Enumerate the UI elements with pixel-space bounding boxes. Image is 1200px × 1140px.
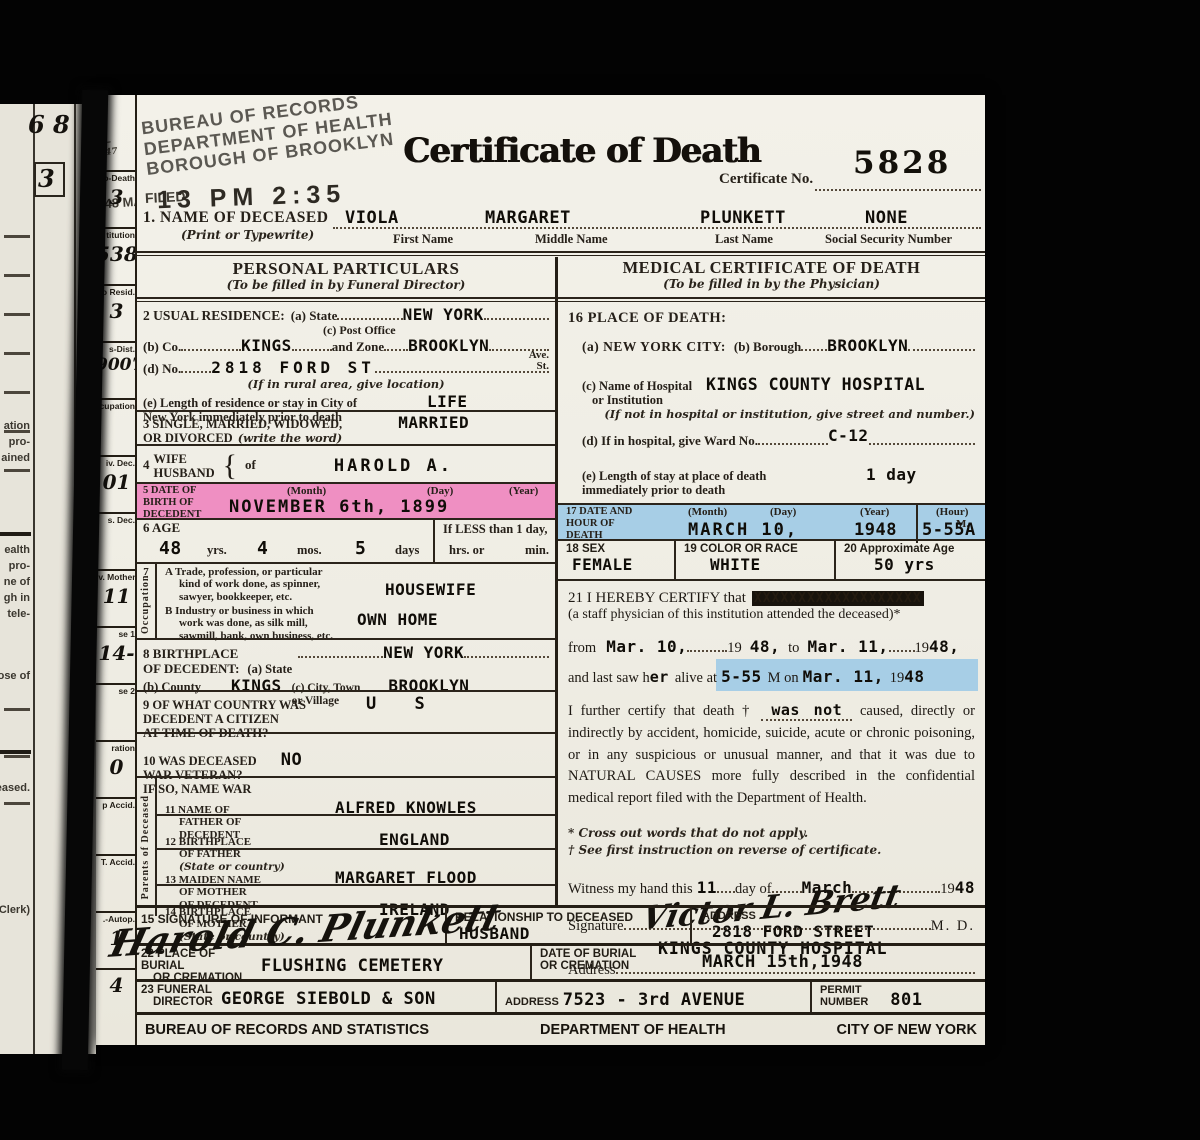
leader: [869, 429, 975, 445]
lbl-birth-2: BIRTH OF: [143, 497, 201, 509]
lbl-age: 6 AGE: [143, 521, 180, 536]
certify-redacted: XXXXXXXXXXXXXXXXXXX: [752, 591, 924, 606]
sex-value: FEMALE: [572, 555, 674, 574]
leader: [484, 304, 549, 320]
pp-subtitle: (To be filled in by Funeral Director): [137, 278, 555, 292]
footer-right: CITY OF NEW YORK: [837, 1022, 977, 1038]
lbl-borough: (b) Borough: [734, 340, 801, 355]
lbl-husband: HUSBAND: [154, 466, 215, 480]
lbl-mother-1: 13 MAIDEN NAME: [165, 874, 295, 886]
leader: [384, 335, 408, 351]
permit-label-2: NUMBER: [820, 996, 868, 1008]
lbl-nyc: (a) NEW YORK CITY:: [582, 339, 726, 354]
bleed-fragment: ealth: [4, 544, 30, 556]
bleed-fragment: pro-: [9, 436, 30, 448]
cell-approx-age: 20 Approximate Age 50 yrs: [836, 541, 985, 579]
lbl-bp-2: OF DECEDENT:: [143, 662, 239, 677]
lbl-marital-2: OR DIVORCED: [143, 431, 233, 445]
father-name: ALFRED KNOWLES: [335, 798, 477, 817]
cell-sex: 18 SEX FEMALE: [558, 541, 676, 579]
lbl-bp-1: 8 BIRTHPLACE: [143, 647, 292, 662]
mc-title: MEDICAL CERTIFICATE OF DEATH: [568, 259, 975, 277]
lbl-less-than: If LESS than 1 day,: [443, 522, 548, 536]
margin-box-value: 0: [96, 753, 137, 781]
margin-box: se 2: [96, 683, 137, 740]
margin-box-label: se 2: [96, 685, 137, 696]
permit-number: 801: [890, 990, 922, 1012]
certificate-main: BUREAU OF RECORDS DEPARTMENT OF HEALTH B…: [137, 95, 985, 1045]
from-19: 19: [727, 640, 742, 657]
lbl-year: (Year): [509, 485, 538, 497]
lbl-death-1: 17 DATE AND: [566, 506, 632, 518]
margin-box-value: 4: [96, 971, 137, 999]
age-divider: [433, 520, 435, 562]
bleed-fragment: eased.: [0, 782, 30, 794]
cell-permit: PERMIT NUMBER 801: [810, 982, 985, 1012]
spouse-num: 4: [143, 458, 150, 473]
to-word: to: [788, 640, 799, 657]
lbl-cit-2: DECEDENT A CITIZEN: [143, 712, 306, 726]
residence-state: NEW YORK: [403, 305, 484, 324]
bleed-fragment: ne of: [4, 576, 30, 588]
lbl-occ-a3: sawyer, bookkeeper, etc.: [179, 591, 551, 603]
underpage-bar: [0, 750, 31, 754]
leader: [181, 335, 241, 351]
age-days: 5: [355, 538, 366, 559]
name-row-label: 1. NAME OF DECEASED: [143, 209, 328, 226]
saw-yy: 48: [904, 667, 924, 686]
margin-box-label: cupation: [96, 400, 137, 411]
leader: [889, 636, 915, 652]
race-value: WHITE: [710, 555, 834, 574]
margin-box: iv. Mother11: [96, 569, 137, 626]
citizen-value: U S: [366, 694, 439, 714]
row-citizen: 9 OF WHAT COUNTRY WAS DECEDENT A CITIZEN…: [137, 690, 555, 732]
footer-center: DEPARTMENT OF HEALTH: [540, 1022, 726, 1038]
margin-box-label: p Accid.: [96, 799, 137, 810]
underpage-rule: [33, 104, 35, 1054]
lbl-ward: (d) If in hospital, give Ward No.: [582, 434, 758, 449]
bleed-fragment: ained: [1, 452, 30, 464]
mc-subtitle: (To be filled in by the Physician): [568, 277, 975, 291]
leader: [298, 642, 383, 658]
ward-value: C-12: [828, 426, 869, 445]
funeral-director-name: GEORGE SIEBOLD & SON: [221, 989, 436, 1012]
margin-box-value: 11: [96, 582, 137, 610]
margin-handwriting: 3: [34, 162, 65, 197]
caption-ssn: Social Security Number: [825, 232, 952, 246]
lbl-days: days: [395, 543, 419, 557]
lbl-death-2: HOUR OF: [566, 518, 632, 530]
margin-handwriting: 6 8: [28, 110, 70, 139]
lbl-death-3: DEATH: [566, 530, 632, 542]
bleed-fragment: ose of: [0, 670, 30, 682]
age-years: 48: [159, 538, 182, 559]
name-row-sublabel: (Print or Typewrite): [181, 228, 314, 242]
marital-status: MARRIED: [398, 413, 469, 432]
lbl-month: (Month): [287, 485, 326, 497]
leader: [687, 636, 727, 652]
bottom-rows: 15 SIGNATURE OF INFORMANT Harold C. Plun…: [137, 905, 985, 1038]
margin-box-value: 14-: [96, 639, 137, 667]
lbl-cit-1: 9 OF WHAT COUNTRY WAS: [143, 698, 306, 712]
informant-address: 2818 FORD STREET: [712, 922, 985, 941]
margin-box: p Accid.: [96, 797, 137, 854]
residence-zone: BROOKLYN: [408, 336, 489, 355]
birthplace-state: NEW YORK: [383, 643, 464, 662]
row-age: 6 AGE If LESS than 1 day, 48 yrs. 4 mos.…: [137, 520, 555, 562]
from-word: from: [568, 640, 596, 657]
deceased-middle-name: MARGARET: [485, 208, 571, 228]
occupation-side-label: Occupation: [140, 578, 151, 634]
row-funeral: 23 FUNERAL DIRECTOR GEORGE SIEBOLD & SON…: [137, 979, 985, 1015]
permit-label-1: PERMIT: [820, 984, 868, 996]
saw-lead: and last saw h: [568, 670, 650, 687]
stay-value: 1 day: [866, 465, 917, 484]
lbl-day: (Day): [427, 485, 453, 497]
saw-date: Mar. 11,: [803, 667, 884, 686]
margin-box: T. Accid.: [96, 854, 137, 911]
to-yy: 48,: [929, 637, 959, 656]
margin-box: ration0: [96, 740, 137, 797]
row-father: 11 NAME OF FATHER OF DECEDENT ALFRED KNO…: [157, 778, 555, 814]
leader: [375, 357, 549, 373]
spouse-name: HAROLD A.: [334, 456, 453, 476]
margin-box-label: ration: [96, 742, 137, 753]
funeral-address: 7523 - 3rd AVENUE: [563, 990, 746, 1010]
parents-side-label: Parents of Deceased: [140, 795, 151, 899]
underpage-bar: [0, 532, 31, 536]
row-certify: 21 I HEREBY CERTIFY that XXXXXXXXXXXXXXX…: [568, 581, 975, 687]
burial-date-label-2: OR CREMATION: [540, 960, 690, 972]
note-rural: (If in rural area, give location): [143, 377, 549, 391]
cert-no-label: Certificate No.: [719, 171, 813, 188]
underpage-dashes: [4, 664, 30, 824]
cert-no-value: 5828: [853, 145, 951, 181]
occupation-value: HOUSEWIFE: [385, 580, 476, 599]
row-marital: 3 SINGLE, MARRIED, WIDOWED, OR DIVORCED …: [137, 410, 555, 444]
certificate-title: Certificate of Death: [403, 131, 760, 171]
lbl-birth-3: DECEDENT: [143, 509, 201, 521]
saw-19: 19: [890, 670, 905, 687]
funeral-address-label: ADDRESS: [505, 996, 559, 1008]
from-yy: 48,: [750, 637, 780, 656]
deceased-first-name: VIOLA: [345, 208, 399, 228]
lbl-marital-2i: (write the word): [238, 431, 343, 445]
from-date: Mar. 10,: [606, 637, 687, 656]
note-hospital: (If not in hospital or institution, give…: [568, 407, 975, 421]
lbl-co: (b) Co.: [143, 340, 181, 355]
leader: [758, 429, 828, 445]
death-hour: 5-55A: [922, 520, 976, 540]
row-place-of-death: 16 PLACE OF DEATH: (a) NEW YORK CITY: (b…: [568, 302, 975, 497]
margin-box: se 114-: [96, 626, 137, 683]
margin-box-label: T. Accid.: [96, 856, 137, 867]
medical-certificate-column: MEDICAL CERTIFICATE OF DEATH (To be fill…: [558, 257, 985, 905]
informant-address-label: ADDRESS: [702, 910, 985, 922]
footer-left: BUREAU OF RECORDS AND STATISTICS: [145, 1022, 429, 1038]
industry-value: OWN HOME: [357, 610, 438, 629]
row-birth-date: 5 DATE OF BIRTH OF DECEDENT (Month) (Day…: [137, 482, 555, 520]
margin-box-value: 01: [96, 468, 137, 496]
lbl-fbp-1: 12 BIRTHPLACE: [165, 836, 295, 848]
leader: [464, 642, 549, 658]
death-divider: [916, 505, 918, 543]
margin-box-label: iv. Mother: [96, 571, 137, 582]
lbl-length-1: (e) Length of residence or stay in City …: [143, 396, 393, 410]
lbl-mother-2: OF MOTHER: [179, 886, 295, 898]
margin-box: s. Dec.: [96, 512, 137, 569]
lbl-stay-1: (e) Length of stay at place of death: [582, 469, 822, 483]
lbl-stay-2: immediately prior to death: [582, 483, 822, 497]
hospital-value: KINGS COUNTY HOSPITAL: [706, 375, 925, 394]
bleed-fragment: tele-: [7, 608, 30, 620]
burial-place: FLUSHING CEMETERY: [261, 956, 444, 979]
lbl-death-month: (Month): [688, 506, 727, 518]
parents-side: Parents of Deceased: [137, 778, 157, 916]
leader: [801, 335, 827, 351]
lbl-death-year: (Year): [860, 506, 889, 518]
lbl-st: St.: [536, 360, 549, 372]
saw-hour: 5-55: [721, 667, 762, 686]
lbl-fbp-2: OF FATHER: [179, 848, 295, 860]
cert-no-leader: [815, 189, 981, 191]
footer: BUREAU OF RECORDS AND STATISTICS DEPARTM…: [137, 1015, 985, 1038]
lbl-approx-age: 20 Approximate Age: [844, 543, 985, 555]
caption-middle-name: Middle Name: [535, 232, 608, 246]
row-veteran: 10 WAS DECEASED WAR VETERAN? IF SO, NAME…: [137, 732, 555, 776]
caption-first-name: First Name: [393, 232, 453, 246]
lbl-residence: 2 USUAL RESIDENCE:: [143, 308, 285, 323]
borough-value: BROOKLYN: [827, 336, 908, 355]
cell-funeral-director: 23 FUNERAL DIRECTOR GEORGE SIEBOLD & SON: [137, 982, 495, 1012]
lbl-of: of: [245, 458, 256, 473]
burial-date-label-1: DATE OF BURIAL: [540, 948, 690, 960]
certify-lead: 21 I HEREBY CERTIFY that: [568, 590, 746, 607]
margin-box-label: se 1: [96, 628, 137, 639]
footnote-1: * Cross out words that do not apply.: [568, 826, 975, 840]
residence-length: LIFE: [427, 392, 468, 411]
saw-m: M on: [768, 670, 799, 687]
lbl-vet-1: 10 WAS DECEASED: [143, 754, 257, 768]
further-certify-paragraph: I further certify that death † was not c…: [568, 699, 975, 810]
age-months: 4: [257, 538, 268, 559]
header-rule: [137, 251, 985, 256]
saw-er: er: [650, 668, 669, 686]
cell-informant-signature: 15 SIGNATURE OF INFORMANT Harold C. Plun…: [137, 908, 445, 943]
bleed-fragment: (Clerk): [0, 904, 30, 916]
lbl-birth-1: 5 DATE OF: [143, 485, 201, 497]
lbl-marital-1: 3 SINGLE, MARRIED, WIDOWED,: [143, 417, 342, 431]
veteran-value: NO: [281, 750, 302, 770]
row-residence: 2 USUAL RESIDENCE: (a) State NEW YORK (c…: [137, 302, 555, 410]
header-band: BUREAU OF RECORDS DEPARTMENT OF HEALTH B…: [137, 95, 985, 255]
to-19: 19: [915, 640, 930, 657]
book-photo: 6 8 3 ation pro- ained ealth pro- ne of …: [0, 0, 1200, 1140]
mc-header: MEDICAL CERTIFICATE OF DEATH (To be fill…: [568, 257, 975, 297]
death-month-day: MARCH 10,: [688, 520, 798, 540]
lbl-father-1: 11 NAME OF: [165, 804, 295, 816]
pp-header: PERSONAL PARTICULARS (To be filled in by…: [137, 257, 555, 297]
residence-street: 2818 FORD ST: [211, 358, 375, 377]
lbl-hosp-1: (c) Name of Hospital: [582, 379, 700, 393]
lbl-occ-a2: kind of work done, as spinner,: [179, 578, 551, 590]
footnote-2: † See first instruction on reverse of ce…: [568, 843, 975, 857]
lbl-wife: WIFE: [154, 452, 215, 466]
lbl-occ-a1: A Trade, profession, or particular: [165, 566, 551, 578]
deceased-last-name: PLUNKETT: [700, 208, 786, 228]
bleed-fragment: gh in: [4, 592, 30, 604]
lbl-father-2: FATHER OF: [179, 816, 295, 828]
lbl-min: min.: [525, 543, 549, 557]
witness-yy: 48: [955, 878, 975, 897]
row-occupation: 7 Occupation A Trade, profession, or par…: [137, 562, 555, 638]
leader: [337, 304, 402, 320]
margin-box: iv. Dec.01: [96, 455, 137, 512]
bleed-fragment: ation: [4, 420, 30, 432]
pp-title: PERSONAL PARTICULARS: [137, 259, 555, 278]
lbl-no: (d) No.: [143, 362, 181, 377]
burial-date: MARCH 15th,1948: [702, 952, 863, 972]
birth-date-value: NOVEMBER 6th, 1899: [229, 497, 449, 517]
cell-race: 19 COLOR OR RACE WHITE: [676, 541, 836, 579]
lbl-state: (a) State: [291, 309, 338, 324]
margin-box: 4: [96, 968, 137, 1025]
row-sex-race-age: 18 SEX FEMALE 19 COLOR OR RACE WHITE 20 …: [558, 541, 985, 581]
father-birthplace: ENGLAND: [379, 830, 450, 849]
row-birthplace: 8 BIRTHPLACE OF DECEDENT: (a) State NEW …: [137, 638, 555, 690]
bureau-stamp: BUREAU OF RECORDS DEPARTMENT OF HEALTH B…: [140, 88, 396, 180]
spouse-brace: {: [223, 449, 237, 483]
lbl-death-day: (Day): [770, 506, 796, 518]
approx-age-value: 50 yrs: [874, 555, 985, 574]
to-date: Mar. 11,: [807, 637, 888, 656]
personal-particulars-column: PERSONAL PARTICULARS (To be filled in by…: [137, 257, 558, 905]
lbl-fbp-3: (State or country): [179, 861, 295, 873]
lbl-sex: 18 SEX: [566, 543, 674, 555]
margin-box: cupation: [96, 398, 137, 455]
margin-box-label: s. Dec.: [96, 514, 137, 525]
death-certificate-page: TH–1947 1948 MAR o-Death3 titution538 ro…: [96, 95, 985, 1045]
deceased-ssn: NONE: [865, 208, 908, 228]
certify-paren: (a staff physician of this institution a…: [568, 607, 975, 623]
lbl-hrs: hrs. or: [449, 543, 484, 557]
row-spouse: 4 WIFE HUSBAND { of HAROLD A.: [137, 444, 555, 482]
lbl-yrs: yrs.: [207, 543, 227, 557]
was-not: was not: [761, 701, 852, 721]
row-death-date: 17 DATE AND HOUR OF DEATH (Month) (Day) …: [558, 503, 985, 541]
columns: PERSONAL PARTICULARS (To be filled in by…: [137, 257, 985, 905]
lbl-zone: and Zone: [332, 340, 384, 355]
lbl-bp-state: (a) State: [247, 662, 292, 676]
cell-funeral-address: ADDRESS 7523 - 3rd AVENUE: [495, 982, 810, 1012]
saw-alive: alive at: [675, 670, 717, 687]
occupation-side: 7 Occupation: [137, 564, 157, 638]
witness-19: 19: [940, 881, 955, 898]
leader: [292, 335, 332, 351]
residence-county: KINGS: [241, 336, 292, 355]
leader: [181, 357, 211, 373]
death-year: 1948: [854, 520, 897, 540]
funeral-label-1: 23 FUNERAL: [141, 984, 221, 996]
caption-last-name: Last Name: [715, 232, 773, 246]
margin-box-label: iv. Dec.: [96, 457, 137, 468]
page-edges-texture: [985, 82, 1148, 1062]
lbl-death-hour: (Hour): [936, 506, 968, 518]
row-informant: 15 SIGNATURE OF INFORMANT Harold C. Plun…: [137, 905, 985, 943]
lbl-race: 19 COLOR OR RACE: [684, 543, 834, 555]
leader: [908, 335, 975, 351]
lbl-place: 16 PLACE OF DEATH:: [568, 310, 975, 326]
cell-burial-date-label: DATE OF BURIAL OR CREMATION: [530, 946, 690, 979]
bleed-fragment: pro-: [9, 560, 30, 572]
lbl-mos: mos.: [297, 543, 322, 557]
cell-informant-address: ADDRESS 2818 FORD STREET: [690, 908, 985, 943]
cell-burial-date: MARCH 15th,1948: [690, 946, 985, 979]
mother-name: MARGARET FLOOD: [335, 868, 477, 887]
lbl-hosp-2: or Institution: [592, 393, 700, 407]
further-lead: I further certify that death †: [568, 703, 754, 719]
funeral-label-2: DIRECTOR: [153, 996, 221, 1008]
